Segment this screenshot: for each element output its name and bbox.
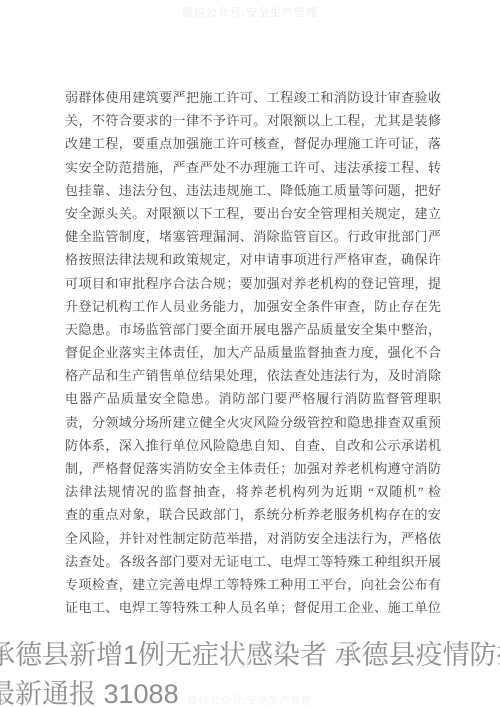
text-line: 责，分领域分场所建立健全火灾风险分级管控和隐患排查双重预: [65, 411, 441, 434]
watermark-top-text: 微信公众号:安全生产管理: [0, 4, 500, 20]
text-line: 专项检查，建立完善电焊工等特殊工种用工平台，向社会公布有: [65, 573, 441, 596]
text-line: 电器产品质量安全隐患。消防部门要严格履行消防监督管理职: [65, 387, 441, 410]
text-line: 健全监管制度，堵塞管理漏洞、消除监管盲区。行政审批部门严: [65, 225, 441, 248]
text-line: 包挂靠、违法分包、违法违规施工、降低施工质量等问题，把好: [65, 179, 441, 202]
text-line: 防体系，深入推行单位风险隐患自知、自查、自改和公示承诺机: [65, 434, 441, 457]
text-line: 法律法规情况的监督抽查，将养老机构列为近期 “双随机” 检: [65, 480, 441, 503]
text-line: 查的重点对象，联合民政部门，系统分析养老服务机构存在的安: [65, 503, 441, 526]
text-line: 关，不符合要求的一律不予许可。对限额以上工程，尤其是装修: [65, 109, 441, 132]
text-line: 弱群体使用建筑要严把施工许可、工程竣工和消防设计审查验收: [65, 86, 441, 109]
text-line: 法查处。各级各部门要对无证电工、电焊工等特殊工种组织开展: [65, 550, 441, 573]
text-line: 改建工程，要重点加强施工许可核查，督促办理施工许可证，落: [65, 132, 441, 155]
text-line: 全风险，并针对性制定防范举措，对消防安全违法行为，严格依: [65, 527, 441, 550]
document-page: 微信公众号:安全生产管理 弱群体使用建筑要严把施工许可、工程竣工和消防设计审查验…: [0, 0, 500, 707]
text-line: 证电工、电焊工等特殊工种人员名单；督促用工企业、施工单位: [65, 596, 441, 619]
text-line: 格产品和生产销售单位结果处理，依法查处违法行为，及时消除: [65, 364, 441, 387]
text-line: 制，严格督促落实消防安全主体责任；加强对养老机构遵守消防: [65, 457, 441, 480]
text-line: 实安全防范措施，严查严处不办理施工许可、违法承接工程、转: [65, 156, 441, 179]
watermark-bottom-text: 微信公众号:安全生产管理: [0, 692, 500, 707]
document-body: 弱群体使用建筑要严把施工许可、工程竣工和消防设计审查验收关，不符合要求的一律不予…: [65, 86, 441, 619]
text-line: 天隐患。市场监管部门要全面开展电器产品质量安全集中整治，: [65, 318, 441, 341]
watermark-middle-text: 37: [240, 660, 250, 670]
text-line: 格按照法律法规和政策规定，对申请事项进行严格审查，确保许: [65, 248, 441, 271]
text-line: 安全源头关。对限额以下工程，要出台安全管理相关规定，建立: [65, 202, 441, 225]
text-line: 升登记机构工作人员业务能力，加强安全条件审查，防止存在先: [65, 295, 441, 318]
text-line: 可项目和审批程序合法合规；要加强对养老机构的登记管理，提: [65, 272, 441, 295]
text-line: 督促企业落实主体责任，加大产品质量监督抽查力度，强化不合: [65, 341, 441, 364]
